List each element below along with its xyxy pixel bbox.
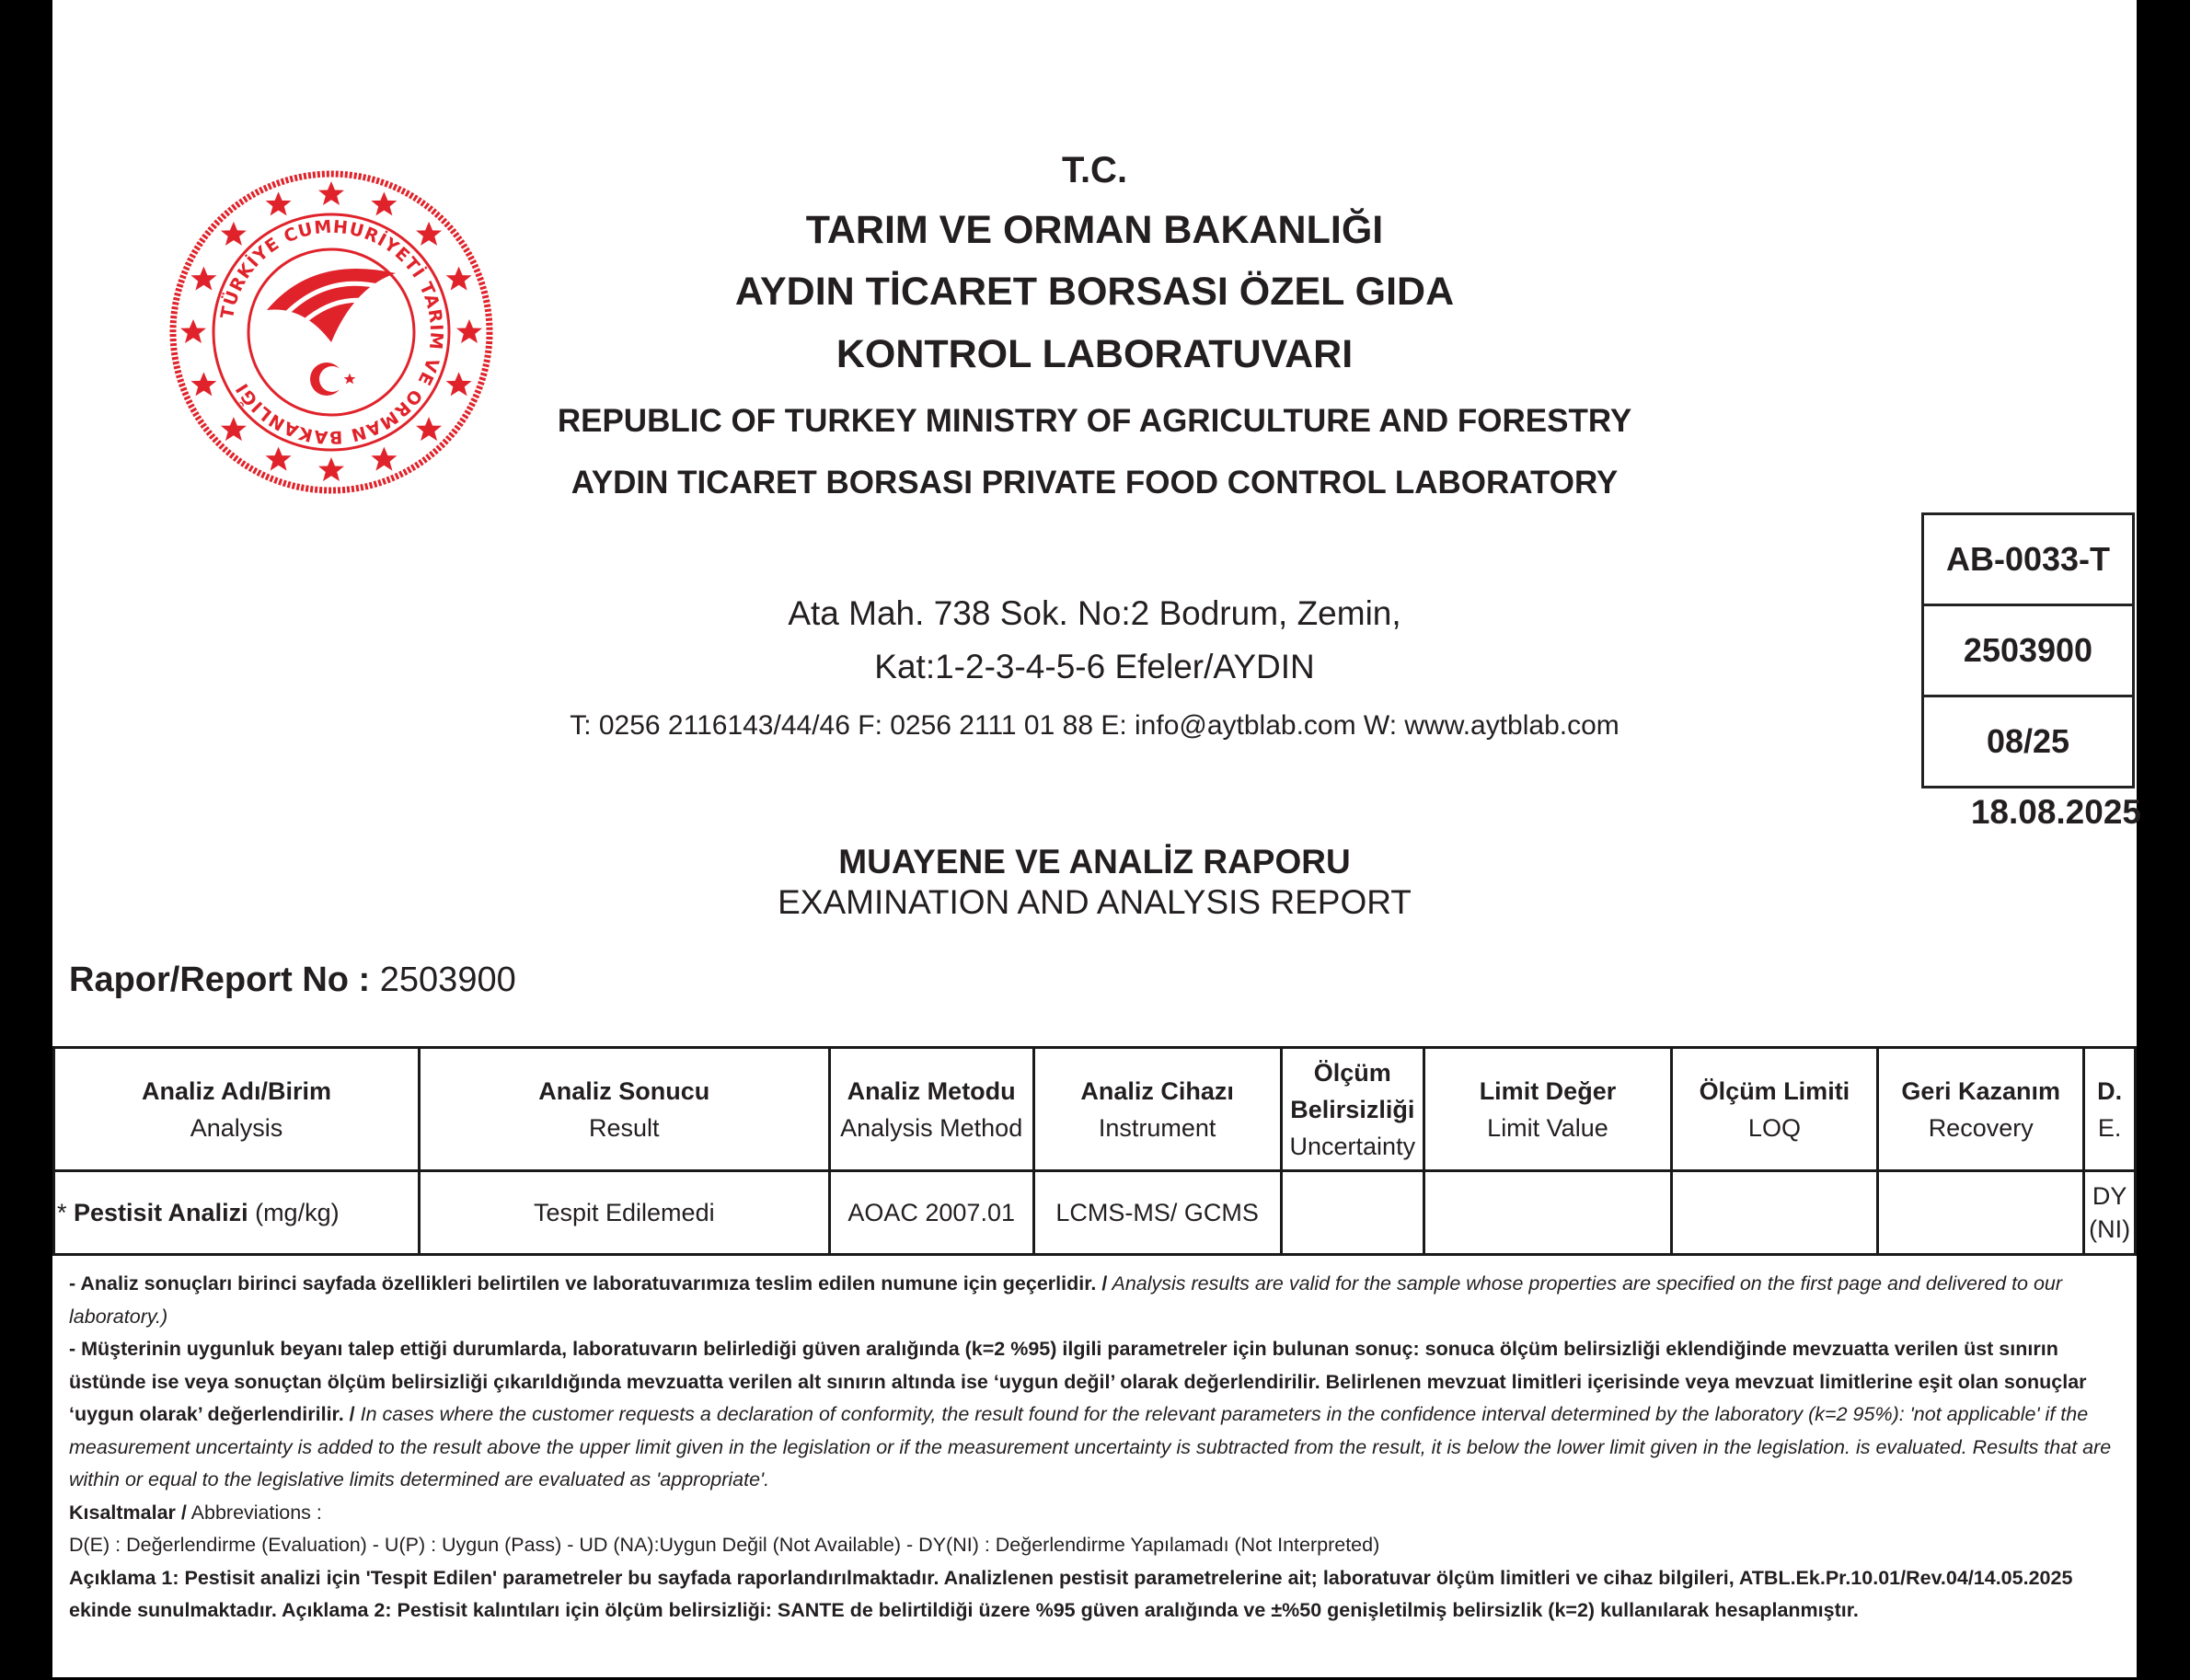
explanation-text: Açıklama 1: Pestisit analizi için 'Tespi… (69, 1562, 2121, 1628)
report-date: 18.08.2025 (1957, 793, 2141, 832)
report-title-en: EXAMINATION AND ANALYSIS REPORT (52, 883, 2137, 922)
report-title-tr: MUAYENE VE ANALİZ RAPORU (52, 843, 2137, 881)
abbreviations-label: Kısaltmalar / Abbreviations : (69, 1497, 2121, 1530)
address-line1: Ata Mah. 738 Sok. No:2 Bodrum, Zemin, (52, 594, 2137, 633)
header-lab-en: AYDIN TICARET BORSASI PRIVATE FOOD CONTR… (52, 465, 2137, 501)
header-ministry-tr: TARIM VE ORMAN BAKANLIĞI (52, 208, 2137, 253)
header-lab-tr-line1: AYDIN TİCARET BORSASI ÖZEL GIDA (52, 270, 2137, 315)
column-header-evaluation: D.E. (2084, 1048, 2136, 1171)
cell-result: Tespit Edilemedi (420, 1171, 830, 1255)
footnotes: - Analiz sonuçları birinci sayfada özell… (69, 1268, 2121, 1628)
report-number-label: Rapor/Report No : (69, 961, 370, 999)
column-header-recovery: Geri KazanımRecovery (1878, 1048, 2084, 1171)
column-header-result: Analiz SonucuResult (420, 1048, 830, 1171)
address-line2: Kat:1-2-3-4-5-6 Efeler/AYDIN (52, 648, 2137, 686)
results-table: Analiz Adı/BirimAnalysis Analiz SonucuRe… (52, 1046, 2137, 1256)
column-header-loq: Ölçüm LimitiLOQ (1671, 1048, 1877, 1171)
reference-box: AB-0033-T 2503900 08/25 (1921, 512, 2135, 788)
accreditation-number: AB-0033-T (1924, 515, 2132, 604)
cell-recovery (1878, 1171, 2084, 1255)
column-header-method: Analiz MetoduAnalysis Method (829, 1048, 1033, 1171)
cell-loq (1671, 1171, 1877, 1255)
report-page: TÜRKİYE CUMHURİYETİ TARIM VE ORMAN BAKAN… (52, 0, 2137, 1677)
contact-info: T: 0256 2116143/44/46 F: 0256 2111 01 88… (52, 710, 2137, 742)
note-conformity: - Müşterinin uygunluk beyanı talep ettiğ… (69, 1333, 2121, 1497)
reference-month-year: 08/25 (1924, 695, 2132, 786)
column-header-uncertainty: Ölçüm BelirsizliğiUncertainty (1281, 1048, 1424, 1171)
cell-analysis: * Pestisit Analizi (mg/kg) (54, 1171, 420, 1255)
cell-evaluation: DY (NI) (2084, 1171, 2136, 1255)
cell-instrument: LCMS-MS/ GCMS (1033, 1171, 1281, 1255)
report-number: Rapor/Report No : 2503900 (69, 961, 516, 1000)
cell-uncertainty (1281, 1171, 1424, 1255)
cell-method: AOAC 2007.01 (829, 1171, 1033, 1255)
header-tc: T.C. (52, 150, 2137, 191)
table-row: * Pestisit Analizi (mg/kg) Tespit Edilem… (54, 1171, 2136, 1255)
report-number-value: 2503900 (380, 961, 516, 999)
column-header-instrument: Analiz CihazıInstrument (1033, 1048, 1281, 1171)
cell-limit-value (1424, 1171, 1672, 1255)
reference-report-number: 2503900 (1924, 604, 2132, 695)
header-lab-tr-line2: KONTROL LABORATUVARI (52, 332, 2137, 377)
abbreviations-text: D(E) : Değerlendirme (Evaluation) - U(P)… (69, 1529, 2121, 1562)
note-validity: - Analiz sonuçları birinci sayfada özell… (69, 1268, 2121, 1333)
header-ministry-en: REPUBLIC OF TURKEY MINISTRY OF AGRICULTU… (52, 403, 2137, 440)
table-header-row: Analiz Adı/BirimAnalysis Analiz SonucuRe… (54, 1048, 2136, 1171)
column-header-analysis: Analiz Adı/BirimAnalysis (54, 1048, 420, 1171)
column-header-limit-value: Limit DeğerLimit Value (1424, 1048, 1672, 1171)
